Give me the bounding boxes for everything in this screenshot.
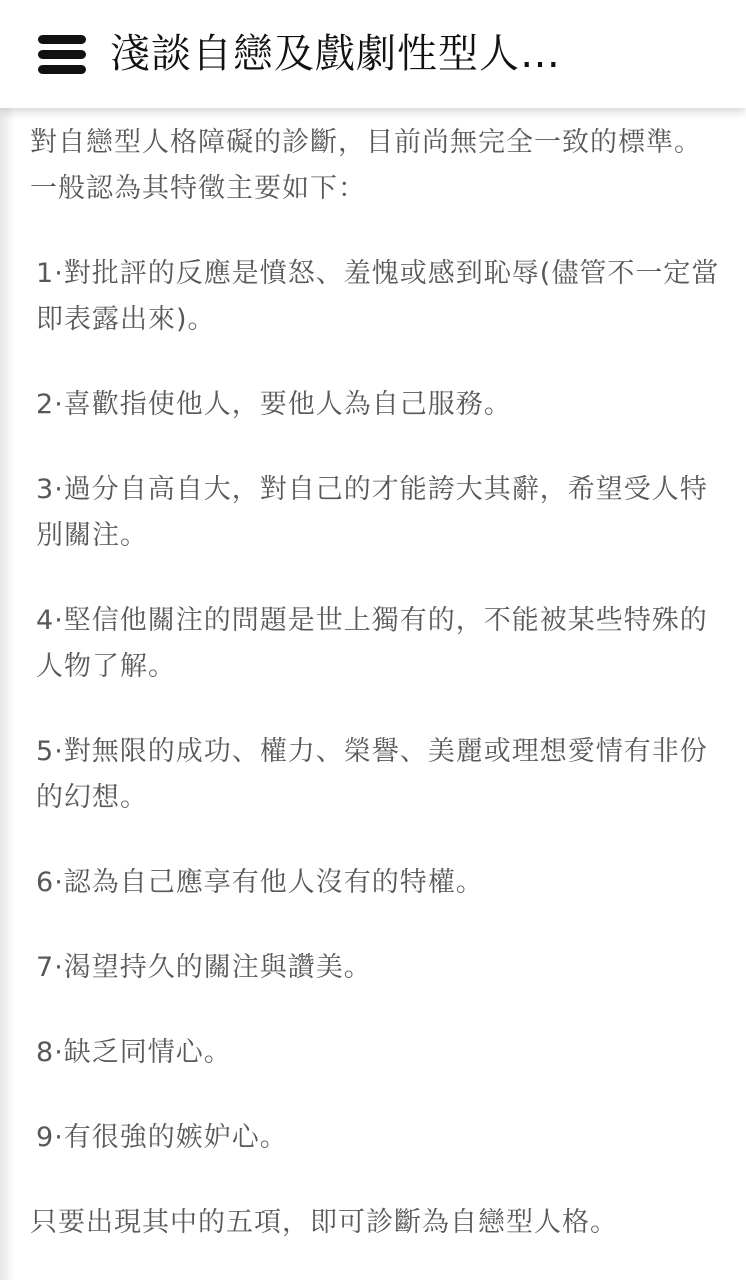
item-separator: · [54,867,64,898]
item-separator: · [54,1122,64,1153]
item-separator: · [54,1037,64,1068]
intro-paragraph: 對自戀型人格障礙的診斷，目前尚無完全一致的標準。一般認為其特徵主要如下： [30,120,720,212]
item-text: 過分自高自大，對自己的才能誇大其辭，希望受人特別關注。 [36,474,708,551]
item-text: 喜歡指使他人，要他人為自己服務。 [64,389,512,420]
hamburger-menu-icon[interactable] [38,33,86,75]
list-item: 3·過分自高自大，對自己的才能誇大其辭，希望受人特別關注。 [30,467,720,559]
item-text: 渴望持久的關注與讚美。 [64,952,372,983]
list-item: 8·缺乏同情心。 [30,1030,720,1076]
menu-bar [38,50,86,59]
article-content: 對自戀型人格障礙的診斷，目前尚無完全一致的標準。一般認為其特徵主要如下： 1·對… [30,120,720,1280]
left-edge-shade [0,0,14,1280]
item-number: 4 [36,605,54,636]
item-separator: · [54,389,64,420]
page-title: 淺談自戀及戲劇性型人… [110,28,561,80]
list-item: 1·對批評的反應是憤怒、羞愧或感到恥辱(儘管不一定當即表露出來)。 [30,251,720,343]
item-number: 6 [36,867,54,898]
item-text: 對無限的成功、權力、榮譽、美麗或理想愛情有非份的幻想。 [36,736,708,813]
item-text: 對批評的反應是憤怒、羞愧或感到恥辱(儘管不一定當即表露出來)。 [36,258,719,335]
item-separator: · [54,258,64,289]
list-item: 2·喜歡指使他人，要他人為自己服務。 [30,382,720,428]
app-bar: 淺談自戀及戲劇性型人… [0,0,746,108]
list-item: 7·渴望持久的關注與讚美。 [30,945,720,991]
item-text: 有很強的嫉妒心。 [64,1122,288,1153]
item-number: 5 [36,736,54,767]
item-text: 缺乏同情心。 [64,1037,232,1068]
item-text: 認為自己應享有他人沒有的特權。 [64,867,484,898]
item-number: 9 [36,1122,54,1153]
item-number: 2 [36,389,54,420]
item-separator: · [54,605,64,636]
item-number: 3 [36,474,54,505]
item-number: 7 [36,952,54,983]
menu-bar [38,65,86,74]
conclusion-paragraph: 只要出現其中的五項，即可診斷為自戀型人格。 [30,1200,720,1246]
list-item: 4·堅信他關注的問題是世上獨有的，不能被某些特殊的人物了解。 [30,598,720,690]
item-separator: · [54,952,64,983]
item-separator: · [54,474,64,505]
list-item: 6·認為自己應享有他人沒有的特權。 [30,860,720,906]
list-item: 9·有很強的嫉妒心。 [30,1115,720,1161]
menu-bar [38,35,86,44]
item-text: 堅信他關注的問題是世上獨有的，不能被某些特殊的人物了解。 [36,605,708,682]
list-item: 5·對無限的成功、權力、榮譽、美麗或理想愛情有非份的幻想。 [30,729,720,821]
item-number: 8 [36,1037,54,1068]
item-number: 1 [36,258,54,289]
item-separator: · [54,736,64,767]
